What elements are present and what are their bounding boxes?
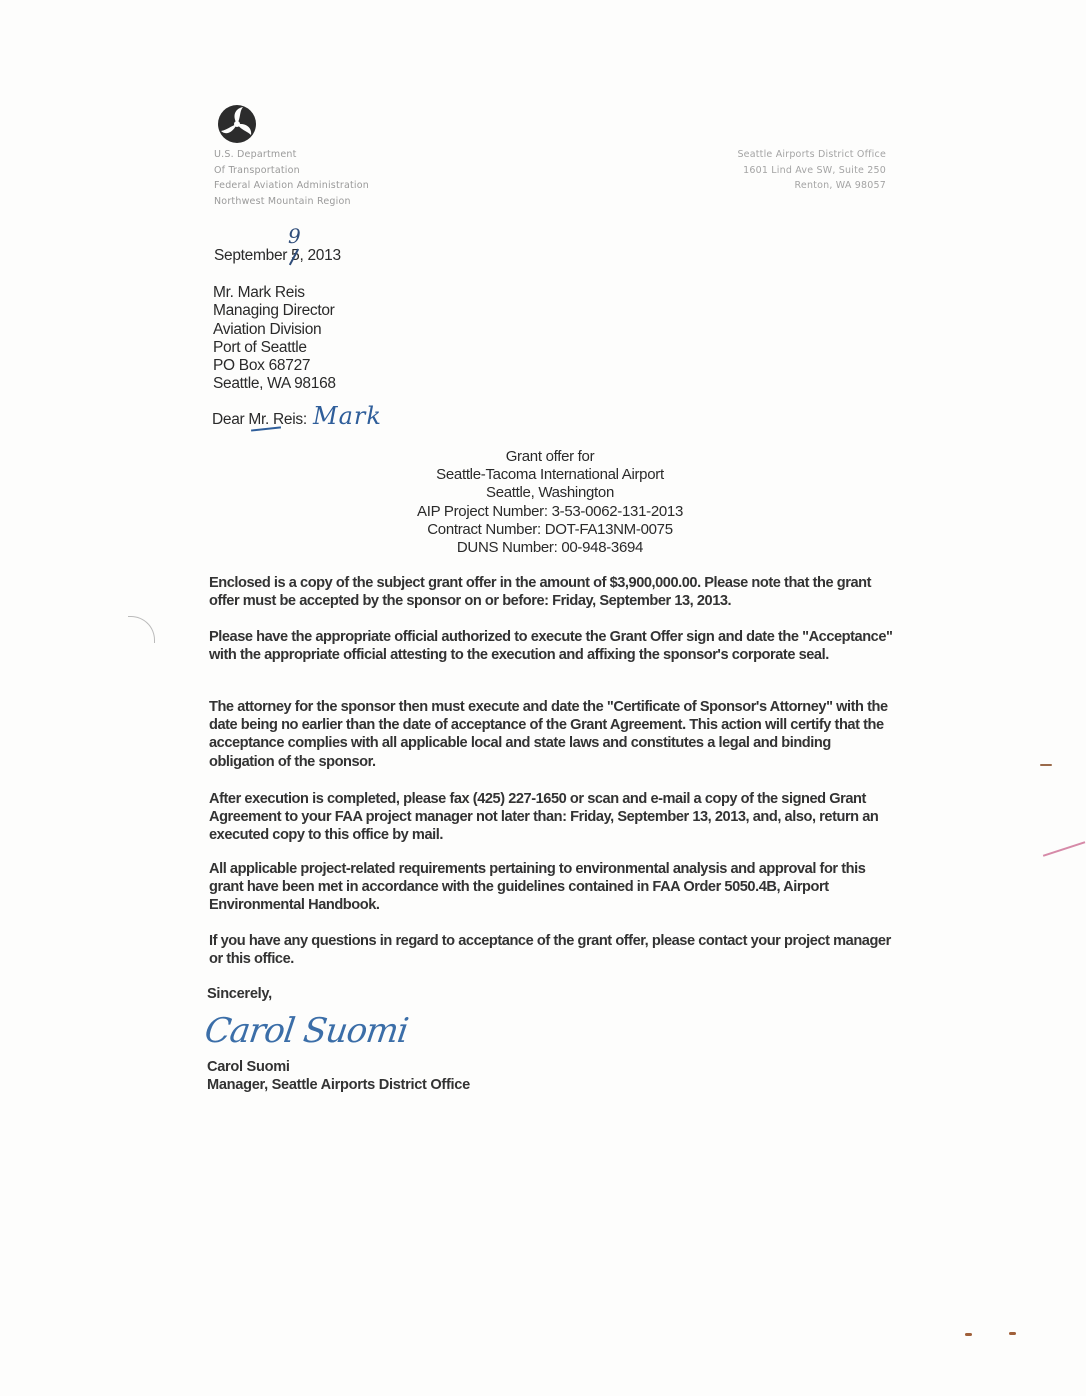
subject-line: Seattle, Washington [330, 484, 770, 502]
signer-name: Carol Suomi [207, 1058, 470, 1076]
scan-artifact-mark [965, 1333, 972, 1336]
office-address-block: Seattle Airports District Office 1601 Li… [737, 147, 886, 194]
recipient-line: Managing Director [213, 302, 336, 320]
body-paragraph-questions: If you have any questions in regard to a… [209, 932, 899, 968]
recipient-line: Mr. Mark Reis [213, 284, 336, 302]
body-paragraph-acceptance: Please have the appropriate official aut… [209, 628, 899, 664]
scan-artifact-mark [128, 616, 155, 643]
recipient-address: Mr. Mark Reis Managing Director Aviation… [213, 284, 336, 394]
valediction: Sincerely, [207, 986, 272, 1002]
subject-line: Seattle-Tacoma International Airport [330, 466, 770, 484]
subject-line: Grant offer for [330, 448, 770, 466]
subject-block: Grant offer for Seattle-Tacoma Internati… [330, 448, 770, 557]
date-year: , 2013 [299, 247, 340, 264]
recipient-line: Aviation Division [213, 321, 336, 339]
salutation: Dear Mr. Reis: [212, 411, 307, 429]
handwritten-date-correction: 9 [288, 224, 301, 248]
body-paragraph-attorney: The attorney for the sponsor then must e… [209, 698, 899, 771]
subject-line: AIP Project Number: 3-53-0062-131-2013 [330, 503, 770, 521]
recipient-line: Seattle, WA 98168 [213, 375, 336, 393]
dot-logo-icon [217, 104, 257, 144]
scan-artifact-mark [1009, 1332, 1016, 1335]
signer-title: Manager, Seattle Airports District Offic… [207, 1076, 470, 1094]
agency-block: U.S. Department Of Transportation Federa… [214, 147, 369, 209]
office-line: 1601 Lind Ave SW, Suite 250 [737, 163, 886, 179]
agency-line: Of Transportation [214, 163, 369, 179]
handwritten-signature: Carol Suomi [202, 1011, 410, 1051]
scan-artifact-mark [1040, 764, 1052, 766]
recipient-line: PO Box 68727 [213, 357, 336, 375]
subject-line: Contract Number: DOT-FA13NM-0075 [330, 521, 770, 539]
office-line: Renton, WA 98057 [737, 178, 886, 194]
subject-line: DUNS Number: 00-948-3694 [330, 539, 770, 557]
letter-date: September 5, 2013 [214, 247, 341, 265]
agency-line: Federal Aviation Administration [214, 178, 369, 194]
recipient-line: Port of Seattle [213, 339, 336, 357]
handwritten-salutation: Mark [313, 402, 382, 430]
body-paragraph-grant-amount: Enclosed is a copy of the subject grant … [209, 574, 899, 610]
body-paragraph-environmental: All applicable project-related requireme… [209, 860, 899, 915]
signer-block: Carol Suomi Manager, Seattle Airports Di… [207, 1058, 470, 1094]
agency-line: U.S. Department [214, 147, 369, 163]
agency-line: Northwest Mountain Region [214, 194, 369, 210]
date-month: September [214, 247, 287, 264]
scan-artifact-mark [1043, 841, 1085, 856]
office-line: Seattle Airports District Office [737, 147, 886, 163]
body-paragraph-execution: After execution is completed, please fax… [209, 790, 899, 845]
